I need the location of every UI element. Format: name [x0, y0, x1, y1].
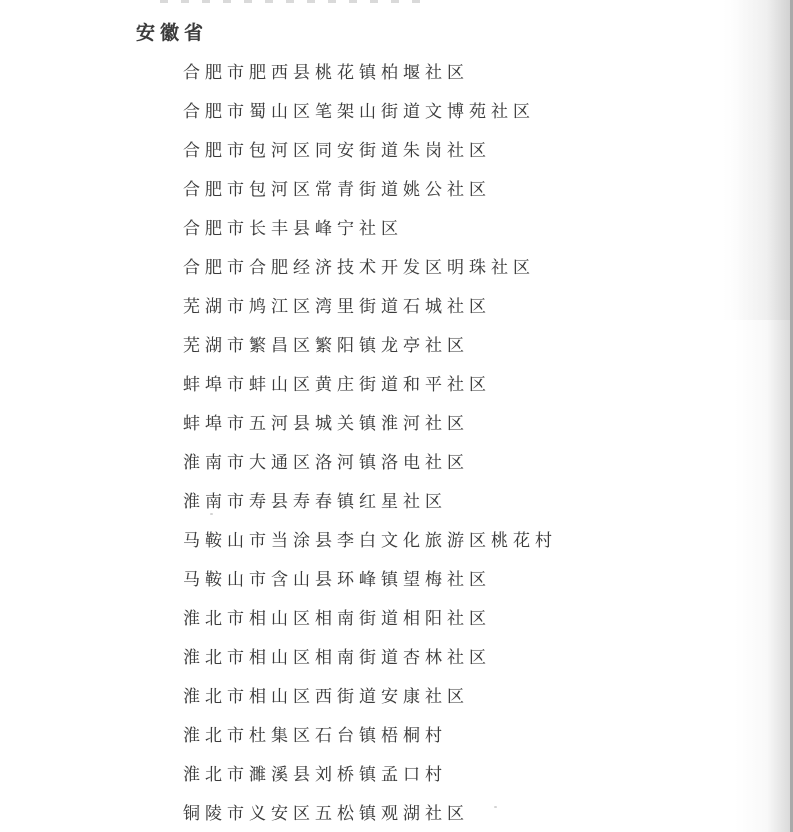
community-entry: 蚌埠市蚌山区黄庄街道和平社区: [183, 365, 793, 404]
community-entry: 蚌埠市五河县城关镇淮河社区: [183, 404, 793, 443]
community-entry: 淮北市相山区相南街道杏林社区: [183, 638, 793, 677]
community-entry: 淮南市大通区洛河镇洛电社区: [183, 443, 793, 482]
community-entry: 芜湖市繁昌区繁阳镇龙亭社区: [183, 326, 793, 365]
community-entry: 淮北市相山区西街道安康社区: [183, 677, 793, 716]
community-entry: 芜湖市鸠江区湾里街道石城社区: [183, 287, 793, 326]
province-header: 安徽省: [136, 14, 793, 53]
community-entry: 淮北市相山区相南街道相阳社区: [183, 599, 793, 638]
scanned-document-page: 安徽省 合肥市肥西县桃花镇柏堰社区合肥市蜀山区笔架山街道文博苑社区合肥市包河区同…: [0, 0, 793, 832]
community-entry: 马鞍山市含山县环峰镇望梅社区: [183, 560, 793, 599]
community-entry: 合肥市包河区同安街道朱岗社区: [183, 131, 793, 170]
community-entry: 合肥市长丰县峰宁社区: [183, 209, 793, 248]
community-entry: 铜陵市义安区五松镇观湖社区: [183, 794, 793, 832]
community-entry: 淮北市杜集区石台镇梧桐村: [183, 716, 793, 755]
community-entry: 合肥市肥西县桃花镇柏堰社区: [183, 53, 793, 92]
community-entry: 合肥市合肥经济技术开发区明珠社区: [183, 248, 793, 287]
community-entry: 淮北市濉溪县刘桥镇孟口村: [183, 755, 793, 794]
community-list: 合肥市肥西县桃花镇柏堰社区合肥市蜀山区笔架山街道文博苑社区合肥市包河区同安街道朱…: [0, 53, 793, 832]
document-content: 安徽省 合肥市肥西县桃花镇柏堰社区合肥市蜀山区笔架山街道文博苑社区合肥市包河区同…: [0, 14, 793, 832]
community-entry: 合肥市包河区常青街道姚公社区: [183, 170, 793, 209]
cut-off-line-fragment: [160, 0, 425, 3]
community-entry: 合肥市蜀山区笔架山街道文博苑社区: [183, 92, 793, 131]
community-entry: 马鞍山市当涂县李白文化旅游区桃花村: [183, 521, 793, 560]
community-entry: 淮南市寿县寿春镇红星社区: [183, 482, 793, 521]
